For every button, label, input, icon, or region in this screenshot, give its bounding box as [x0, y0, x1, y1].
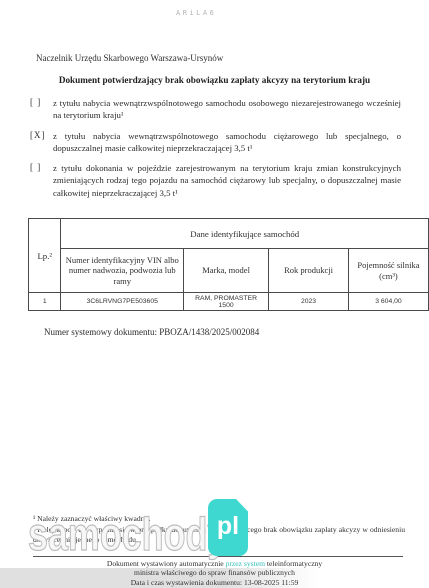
document-title: Dokument potwierdzający brak obowiązku z…: [0, 75, 429, 85]
cell-make-model: RAM, PROMASTER 1500: [184, 293, 269, 311]
declaration-option-2: [X] z tytułu nabycia wewnątrzwspólnotowe…: [30, 130, 401, 155]
footer-line-1-text: Dokument wystawiony automatycznie: [107, 559, 226, 568]
watermark-pl-label: pl: [217, 512, 239, 541]
declaration-option-text: z tytułu nabycia wewnątrzwspólnotowego s…: [53, 97, 401, 122]
pencil-annotation: ARiLA6: [176, 9, 216, 17]
addressee-line: Naczelnik Urzędu Skarbowego Warszawa-Urs…: [36, 53, 223, 63]
footer-line-1: Dokument wystawiony automatycznie przez …: [0, 559, 429, 568]
declaration-option-1: [ ] z tytułu nabycia wewnątrzwspólnotowe…: [30, 97, 401, 122]
column-header-engine-capacity: Pojemność silnika (cm³): [348, 249, 428, 293]
checkbox-unchecked: [ ]: [30, 162, 53, 199]
declaration-options: [ ] z tytułu nabycia wewnątrzwspólnotowe…: [30, 97, 401, 207]
cell-lp: 1: [29, 293, 61, 311]
table-group-header: Dane identyfikujące samochód: [61, 219, 429, 249]
checkbox-checked: [X]: [30, 130, 53, 155]
table-group-header-row: Lp.² Dane identyfikujące samochód: [29, 219, 429, 249]
cell-year: 2023: [269, 293, 349, 311]
table-column-header-row: Numer identyfikacyjny VIN albo numer nad…: [29, 249, 429, 293]
checkbox-unchecked: [ ]: [30, 97, 53, 122]
vehicle-identification-table: Lp.² Dane identyfikujące samochód Numer …: [28, 218, 429, 311]
footer-issuance-block: Dokument wystawiony automatycznie przez …: [0, 559, 429, 587]
system-document-number-value: PBOZA/1438/2025/002084: [159, 327, 259, 337]
column-header-production-year: Rok produkcji: [269, 249, 349, 293]
footer-line-3: Data i czas wystawienia dokumentu: 13-08…: [0, 578, 429, 587]
column-header-make-model: Marka, model: [184, 249, 269, 293]
watermark-samochody-text: samochody: [28, 511, 227, 557]
footer-line-2: ministra właściwego do spraw finansów pu…: [0, 568, 429, 577]
system-document-number: Numer systemowy dokumentu: PBOZA/1438/20…: [44, 327, 259, 337]
cell-engine-capacity: 3 604,00: [348, 293, 428, 311]
cell-vin: 3C6LRVNG7PE503605: [61, 293, 184, 311]
column-header-lp: Lp.²: [29, 219, 61, 293]
footer-line-1-tail: teleinformatyczny: [265, 559, 322, 568]
declaration-option-text: z tytułu dokonania w pojeździe zarejestr…: [53, 162, 401, 199]
footer-line-1-highlight: przez system: [226, 559, 265, 568]
watermark-pl-badge: pl: [208, 499, 248, 556]
system-document-number-label: Numer systemowy dokumentu:: [44, 327, 157, 337]
declaration-option-text: z tytułu nabycia wewnątrzwspólnotowego s…: [53, 130, 401, 155]
scanned-document-page: ARiLA6 Naczelnik Urzędu Skarbowego Warsz…: [0, 0, 429, 588]
declaration-option-3: [ ] z tytułu dokonania w pojeździe zarej…: [30, 162, 401, 199]
table-row: 1 3C6LRVNG7PE503605 RAM, PROMASTER 1500 …: [29, 293, 429, 311]
column-header-vin: Numer identyfikacyjny VIN albo numer nad…: [61, 249, 184, 293]
